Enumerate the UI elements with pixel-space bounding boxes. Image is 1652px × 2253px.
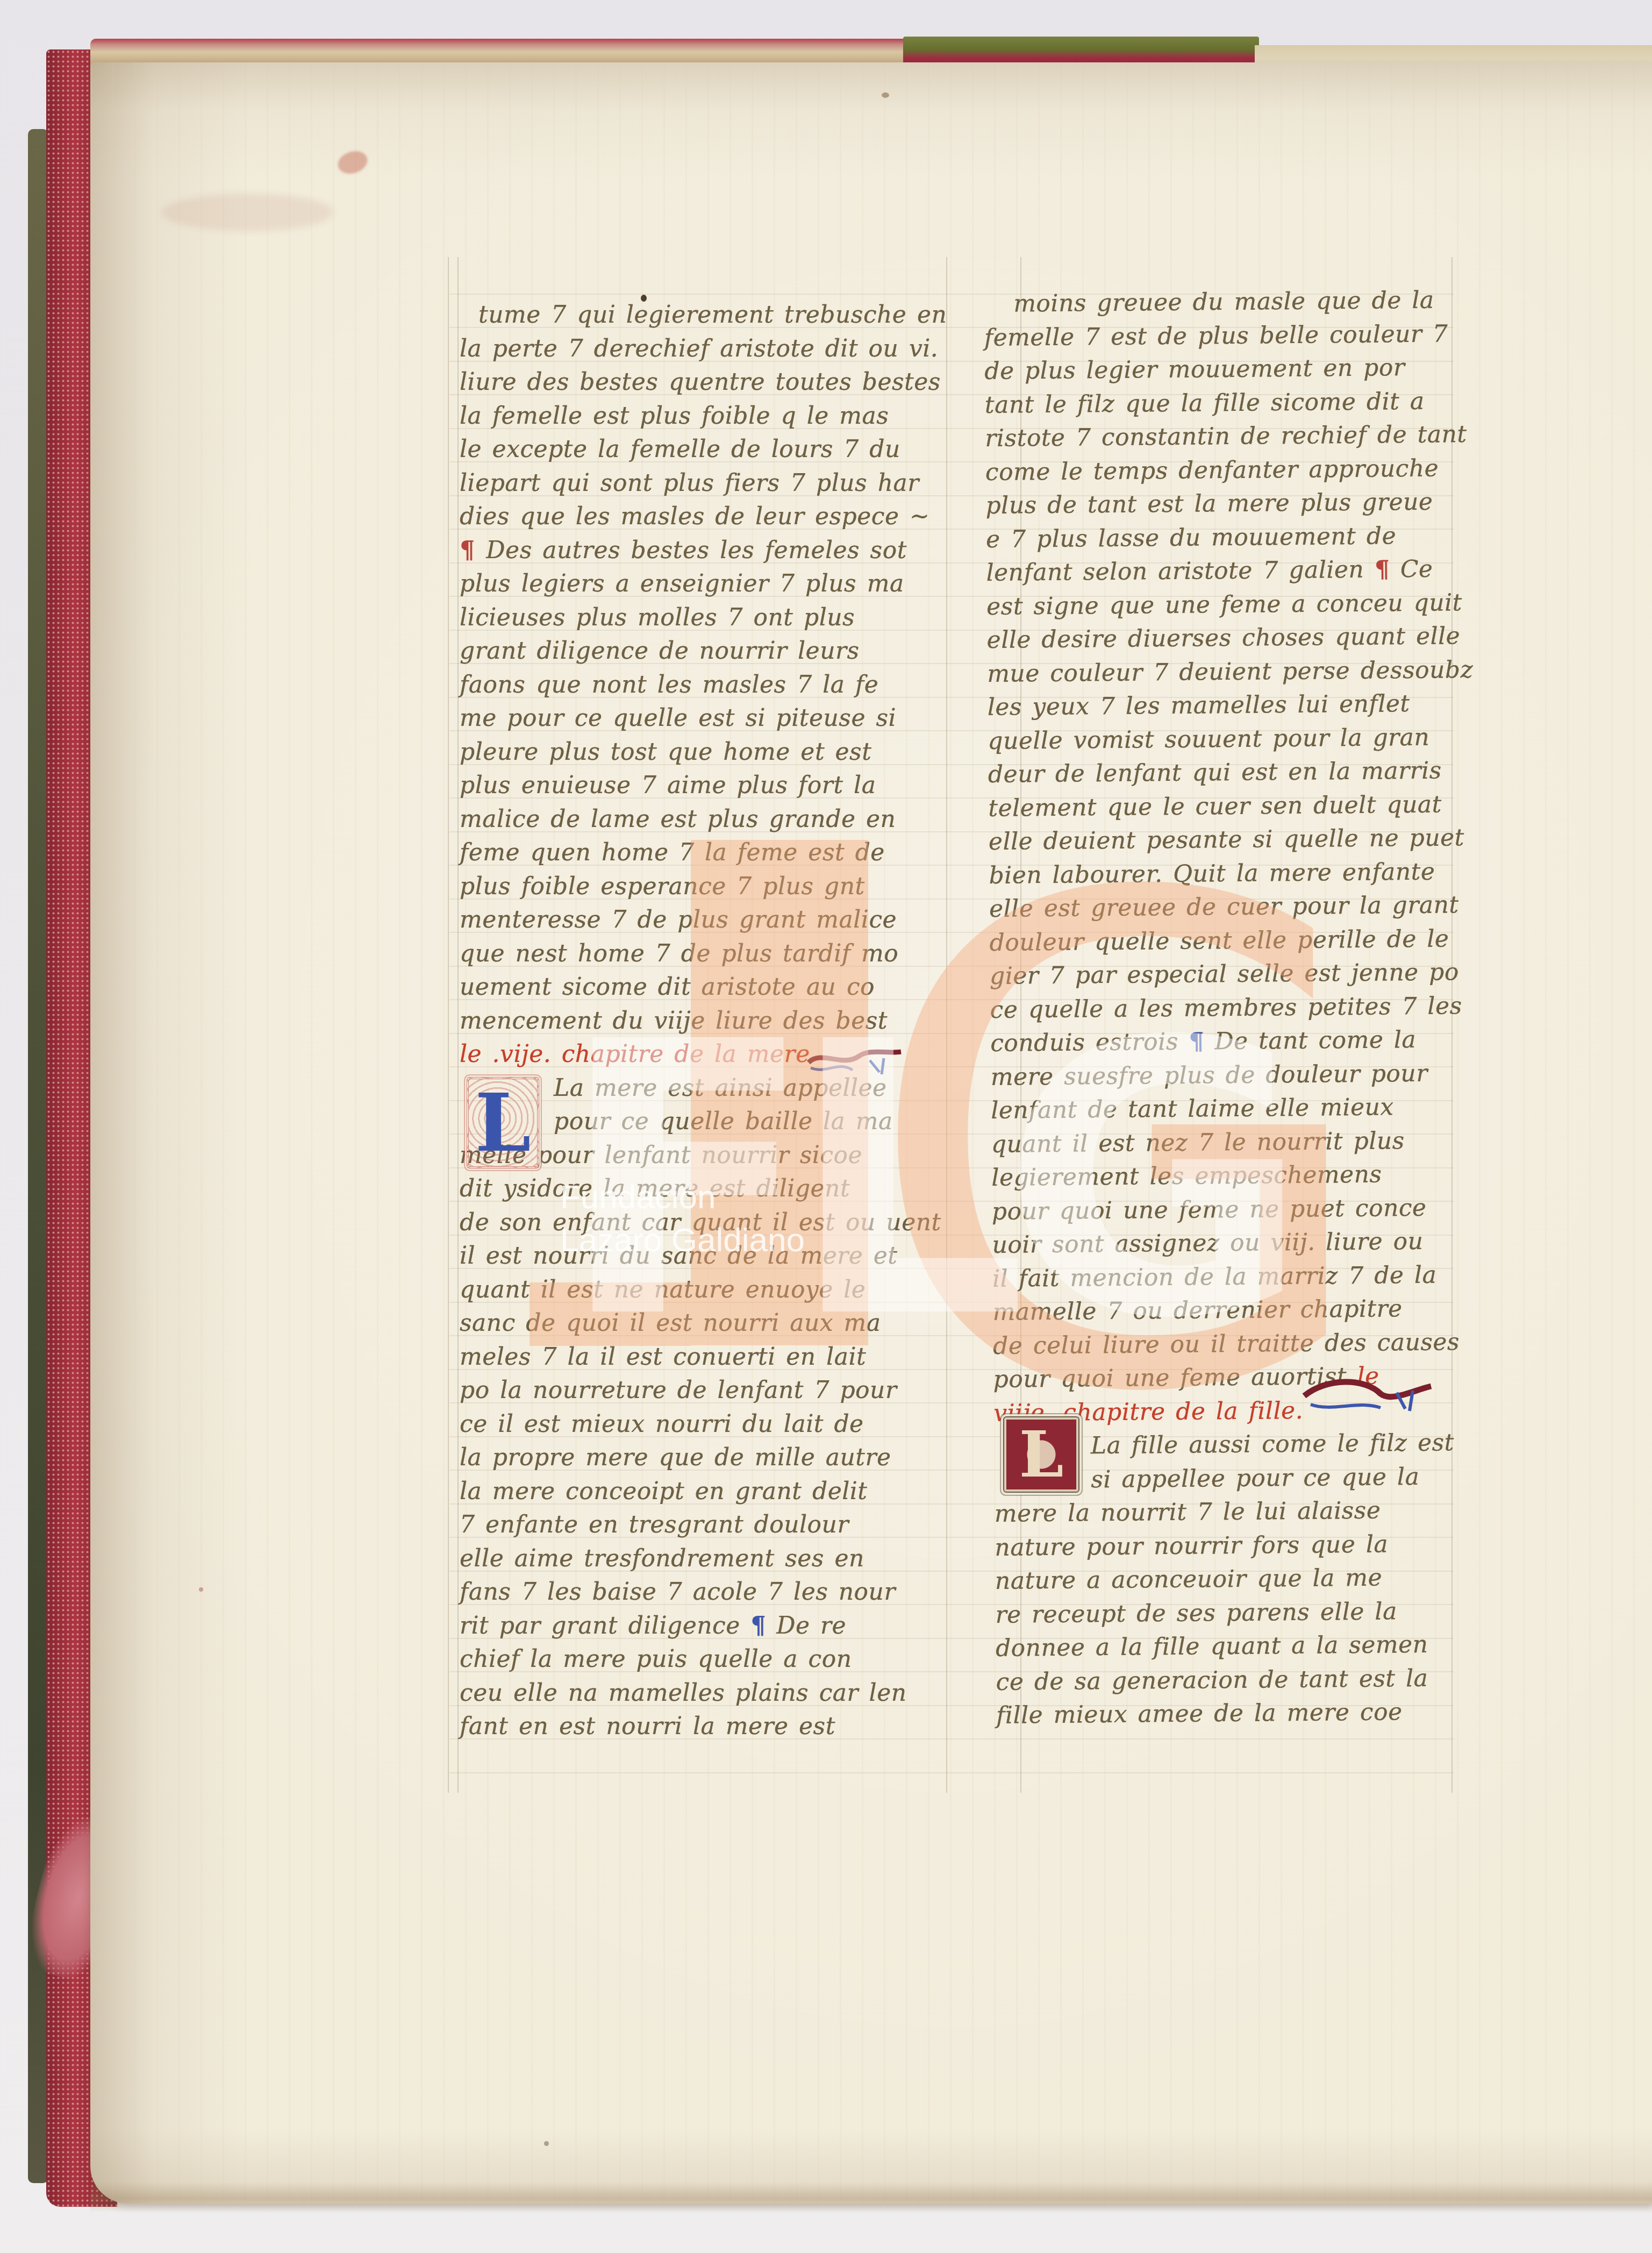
text-run: conduis estrois — [990, 1028, 1189, 1057]
page-bottom-edge-shadow — [90, 2182, 1652, 2212]
text-run: La mere est ainsi appellee — [554, 1074, 887, 1102]
text-run: pleure plus tost que home et est — [460, 738, 871, 766]
text-line: meles 7 la il est conuerti en lait — [460, 1341, 946, 1374]
text-line: menteresse 7 de plus grant malice — [460, 903, 946, 937]
paraph-mark: ¶ — [750, 1612, 766, 1639]
text-run: il fait mencion de la marriz 7 de la — [992, 1261, 1437, 1292]
text-run: sanc de quoi il est nourri aux ma — [460, 1309, 881, 1337]
text-line: e 7 plus lasse du mouuement de — [986, 518, 1486, 557]
text-line: ristote 7 constantin de rechief de tant — [985, 418, 1485, 456]
text-run: ceu elle na mamelles plains car len — [460, 1679, 907, 1707]
text-line: plus legiers a enseignier 7 plus ma — [460, 567, 946, 601]
text-run: mamelle 7 ou derrenier chapitre — [992, 1295, 1403, 1326]
text-line: re receupt de ses parens elle la — [995, 1594, 1496, 1632]
text-run: elle deuient pesante si quelle ne puet — [989, 824, 1464, 855]
text-run: dies que les masles de leur espece ~ — [460, 503, 929, 530]
text-line: est signe que une feme a conceu quit — [986, 586, 1487, 624]
text-line: donnee a la fille quant a la semen — [996, 1628, 1496, 1666]
text-run: telement que le cuer sen duelt quat — [988, 790, 1442, 822]
text-run: po la nourreture de lenfant 7 pour — [460, 1377, 897, 1404]
text-line: de celui liure ou il traitte des causes — [993, 1325, 1493, 1363]
text-run: ce de sa generacion de tant est la — [996, 1664, 1428, 1695]
text-line: plus de tant est la mere plus greue — [985, 485, 1486, 523]
text-column-right: moins greuee du masle que de lafemelle 7… — [984, 283, 1496, 1733]
text-run: le excepte la femelle de lours 7 du — [460, 436, 900, 463]
text-run: moins greuee du masle que de la — [1013, 287, 1434, 318]
speck — [199, 1587, 203, 1592]
text-run: licieuses plus molles 7 ont plus — [460, 604, 855, 631]
text-run: De re — [766, 1612, 846, 1639]
text-line: elle est greuee de cuer pour la grant — [989, 888, 1490, 926]
text-run: mere la nourrit 7 le lui alaisse — [995, 1497, 1381, 1528]
text-run: menteresse 7 de plus grant malice — [460, 906, 897, 933]
text-run: quant il est ne nature enuoye le — [460, 1276, 866, 1303]
text-run: ristote 7 constantin de rechief de tant — [985, 420, 1467, 452]
text-run: que nest home 7 de plus tardif mo — [460, 940, 898, 967]
text-line: deur de lenfant qui est en la marris — [988, 754, 1489, 792]
text-line: dit ysidore la mere est diligent — [460, 1172, 946, 1206]
text-line: moins greuee du masle que de la — [984, 283, 1484, 322]
text-run: de celui liure ou il traitte des causes — [993, 1328, 1460, 1360]
text-run: me pour ce quelle est si piteuse si — [460, 704, 896, 732]
text-run: feme quen home 7 la feme est de — [460, 839, 885, 866]
text-run: quelle vomist souuent pour la gran — [988, 723, 1429, 754]
text-line: po la nourreture de lenfant 7 pour — [460, 1374, 946, 1408]
text-run: de son enfant car quant il est ou uent — [460, 1209, 941, 1236]
text-run: dit ysidore la mere est diligent — [460, 1175, 850, 1202]
paraph-mark: ¶ — [460, 537, 486, 564]
text-line: chief la mere puis quelle a con — [460, 1643, 946, 1677]
text-line: pleure plus tost que home et est — [460, 736, 946, 769]
text-run: come le temps denfanter approuche — [985, 454, 1439, 486]
text-line: liure des bestes quentre toutes bestes — [460, 366, 946, 400]
text-line: mere la nourrit 7 le lui alaisse — [995, 1493, 1495, 1531]
text-run: ce quelle a les membres petites 7 les — [990, 992, 1462, 1024]
text-run: Des autres bestes les femeles sot — [486, 537, 907, 564]
text-run: si appellee pour ce que la — [1091, 1463, 1419, 1493]
text-line: quant il est ne nature enuoye le — [460, 1273, 946, 1307]
text-run: est signe que une feme a conceu quit — [986, 589, 1462, 621]
text-line: lenfant selon aristote 7 galien ¶ Ce — [986, 552, 1486, 590]
text-run: plus de tant est la mere plus greue — [985, 488, 1433, 519]
text-run: grant diligence de nourrir leurs — [460, 637, 860, 665]
decorated-initial-maroon: L — [1004, 1417, 1078, 1492]
speck — [882, 92, 889, 98]
text-line: il est nourri du sanc de la mere et — [460, 1239, 946, 1273]
text-line: 7 enfante en tresgrant doulour — [460, 1508, 946, 1542]
text-run: nature pour nourrir fors que la — [995, 1530, 1388, 1561]
text-run: de plus legier mouuement en por — [984, 354, 1405, 385]
text-line: de son enfant car quant il est ou uent — [460, 1206, 946, 1240]
text-run: Ce — [1390, 555, 1433, 583]
text-run: donnee a la fille quant a la semen — [996, 1631, 1428, 1662]
text-line: me pour ce quelle est si piteuse si — [460, 702, 946, 736]
line-filler-icon — [805, 1044, 905, 1076]
text-line: gier 7 par especial selle est jenne po — [990, 956, 1490, 994]
text-run: elle est greuee de cuer pour la grant — [989, 891, 1459, 923]
text-column-left: tume 7 qui legierement trebusche enla pe… — [460, 298, 946, 1744]
text-line: de plus legier mouuement en por — [984, 351, 1485, 389]
text-run: la mere conceoipt en grant delit — [460, 1478, 868, 1505]
text-run: la femelle est plus foible q le mas — [460, 402, 889, 430]
text-run: fille mieux amee de la mere coe — [996, 1698, 1403, 1729]
text-run: bien labourer. Quit la mere enfante — [989, 858, 1435, 889]
text-run: la propre mere que de mille autre — [460, 1444, 891, 1471]
text-run: elle aime tresfondrement ses en — [460, 1545, 864, 1572]
text-run: uoir sont assignez ou viij. liure ou — [992, 1228, 1423, 1259]
text-run: malice de lame est plus grande en — [460, 805, 896, 833]
text-run: mue couleur 7 deuient perse dessoubz — [987, 656, 1473, 688]
text-line: come le temps denfanter approuche — [985, 451, 1486, 489]
text-line: dies que les masles de leur espece ~ — [460, 500, 946, 534]
text-run: pour ce quelle baille la ma — [554, 1108, 893, 1135]
text-run: nature a aconceuoir que la me — [995, 1564, 1383, 1595]
text-run: re receupt de ses parens elle la — [995, 1598, 1397, 1629]
text-run: legierement les empeschemens — [991, 1161, 1382, 1192]
text-run: faons que nont les masles 7 la fe — [460, 671, 878, 698]
text-run: lenfant selon aristote 7 galien — [986, 556, 1375, 587]
rubric-text: le .vije. chapitre de la mere — [460, 1040, 810, 1068]
text-line: lenfant de tant laime elle mieux — [991, 1090, 1491, 1128]
text-line: pour quoi une feme ne puet conce — [992, 1190, 1492, 1229]
text-line: nature a aconceuoir que la me — [995, 1560, 1496, 1599]
text-line: la propre mere que de mille autre — [460, 1441, 946, 1475]
text-run: la perte 7 derechief aristote dit ou vi. — [460, 335, 938, 362]
text-run: quant il est nez 7 le nourrit plus — [991, 1127, 1405, 1158]
text-line: mue couleur 7 deuient perse dessoubz — [987, 653, 1487, 691]
text-line: que nest home 7 de plus tardif mo — [460, 937, 946, 971]
text-line: feme quen home 7 la feme est de — [460, 836, 946, 870]
text-line: liepart qui sont plus fiers 7 plus har — [460, 467, 946, 501]
text-line: sanc de quoi il est nourri aux ma — [460, 1307, 946, 1341]
text-line: la perte 7 derechief aristote dit ou vi. — [460, 332, 946, 366]
text-run: lenfant de tant laime elle mieux — [991, 1093, 1394, 1124]
paraph-mark: ¶ — [1375, 555, 1390, 583]
text-run: e 7 plus lasse du mouuement de — [986, 522, 1396, 553]
text-run: plus foible esperance 7 plus gnt — [460, 873, 865, 900]
text-run: plus enuieuse 7 aime plus fort la — [460, 772, 876, 799]
text-run: fans 7 les baise 7 acole 7 les nour — [460, 1578, 896, 1606]
text-run: liepart qui sont plus fiers 7 plus har — [460, 469, 919, 497]
text-line: rit par grant diligence ¶ De re — [460, 1609, 946, 1643]
text-run: mencement du viije liure des best — [460, 1007, 888, 1035]
ruling-vertical-line — [448, 257, 449, 1793]
text-line: elle aime tresfondrement ses en — [460, 1542, 946, 1576]
text-line: les yeux 7 les mamelles lui enflet — [988, 687, 1488, 725]
text-line: elle deuient pesante si quelle ne puet — [989, 821, 1489, 859]
text-line: mere suesfre plus de douleur pour — [991, 1056, 1491, 1094]
text-line: mamelle 7 ou derrenier chapitre — [992, 1292, 1493, 1330]
speck — [544, 2141, 549, 2146]
ruling-vertical-line — [946, 257, 947, 1793]
text-run: mere suesfre plus de douleur pour — [991, 1059, 1428, 1090]
text-run: De tant come la — [1204, 1026, 1417, 1055]
line-filler-icon — [1300, 1374, 1434, 1416]
text-line: conduis estrois ¶ De tant come la — [990, 1023, 1491, 1061]
text-line: tume 7 qui legierement trebusche en — [460, 298, 946, 332]
text-run: gier 7 par especial selle est jenne po — [990, 958, 1459, 990]
text-line: quant il est nez 7 le nourrit plus — [991, 1123, 1492, 1161]
text-line: quelle vomist souuent pour la gran — [988, 720, 1488, 758]
decorated-initial-blue: L — [467, 1077, 539, 1168]
text-run: pour quoi une feme ne puet conce — [992, 1194, 1427, 1225]
text-line: uement sicome dit aristote au co — [460, 971, 946, 1004]
text-run: 7 enfante en tresgrant doulour — [460, 1511, 849, 1538]
text-line: plus enuieuse 7 aime plus fort la — [460, 769, 946, 803]
text-line: tant le filz que la fille sicome dit a — [985, 384, 1485, 422]
text-run: tant le filz que la fille sicome dit a — [985, 387, 1425, 418]
text-line: ce de sa generacion de tant est la — [996, 1661, 1496, 1699]
text-run: il est nourri du sanc de la mere et — [460, 1242, 898, 1270]
text-run: deur de lenfant qui est en la marris — [988, 757, 1442, 788]
text-line: fille mieux amee de la mere coe — [996, 1695, 1497, 1733]
text-run: femelle 7 est de plus belle couleur 7 — [984, 320, 1448, 352]
text-run: douleur quelle sent elle perille de le — [989, 925, 1449, 956]
text-line: uoir sont assignez ou viij. liure ou — [992, 1224, 1492, 1263]
text-run: chief la mere puis quelle a con — [460, 1645, 852, 1673]
stain — [161, 194, 333, 231]
text-line: la mere conceoipt en grant delit — [460, 1475, 946, 1509]
text-line: elle desire diuerses choses quant elle — [986, 619, 1487, 658]
text-line: legierement les empeschemens — [991, 1157, 1492, 1195]
text-line: grant diligence de nourrir leurs — [460, 634, 946, 668]
text-line: plus foible esperance 7 plus gnt — [460, 870, 946, 904]
text-run: ce il est mieux nourri du lait de — [460, 1410, 864, 1438]
text-line: bien labourer. Quit la mere enfante — [989, 854, 1489, 893]
text-line: fant en est nourri la mere est — [460, 1710, 946, 1744]
text-line: malice de lame est plus grande en — [460, 803, 946, 837]
text-line: ¶ Des autres bestes les femeles sot — [460, 534, 946, 568]
text-line: licieuses plus molles 7 ont plus — [460, 601, 946, 635]
text-line: telement que le cuer sen duelt quat — [988, 787, 1489, 825]
text-line: femelle 7 est de plus belle couleur 7 — [984, 317, 1485, 355]
text-line: fans 7 les baise 7 acole 7 les nour — [460, 1575, 946, 1609]
text-line: douleur quelle sent elle perille de le — [989, 922, 1490, 960]
text-line: il fait mencion de la marriz 7 de la — [992, 1258, 1493, 1296]
text-line: nature pour nourrir fors que la — [995, 1527, 1495, 1565]
paraph-mark: ¶ — [1189, 1028, 1204, 1055]
text-run: liure des bestes quentre toutes bestes — [460, 368, 941, 396]
text-line: ceu elle na mamelles plains car len — [460, 1677, 946, 1710]
ruling-vertical-line — [457, 257, 459, 1793]
text-run: La fille aussi come le filz est — [1091, 1429, 1455, 1459]
text-run: tume 7 qui legierement trebusche en — [478, 301, 947, 329]
text-run: meles 7 la il est conuerti en lait — [460, 1343, 866, 1371]
text-line: faons que nont les masles 7 la fe — [460, 668, 946, 702]
text-run: rit par grant diligence — [460, 1612, 750, 1639]
text-run: elle desire diuerses choses quant elle — [986, 622, 1460, 654]
text-line: la femelle est plus foible q le mas — [460, 400, 946, 433]
text-run: les yeux 7 les mamelles lui enflet — [988, 690, 1410, 721]
text-line: ce il est mieux nourri du lait de — [460, 1408, 946, 1442]
text-run: uement sicome dit aristote au co — [460, 973, 875, 1001]
text-run: fant en est nourri la mere est — [460, 1713, 835, 1740]
text-run: plus legiers a enseignier 7 plus ma — [460, 570, 904, 597]
text-line: ce quelle a les membres petites 7 les — [990, 989, 1490, 1027]
text-line: mencement du viije liure des best — [460, 1004, 946, 1038]
text-line: le excepte la femelle de lours 7 du — [460, 433, 946, 467]
